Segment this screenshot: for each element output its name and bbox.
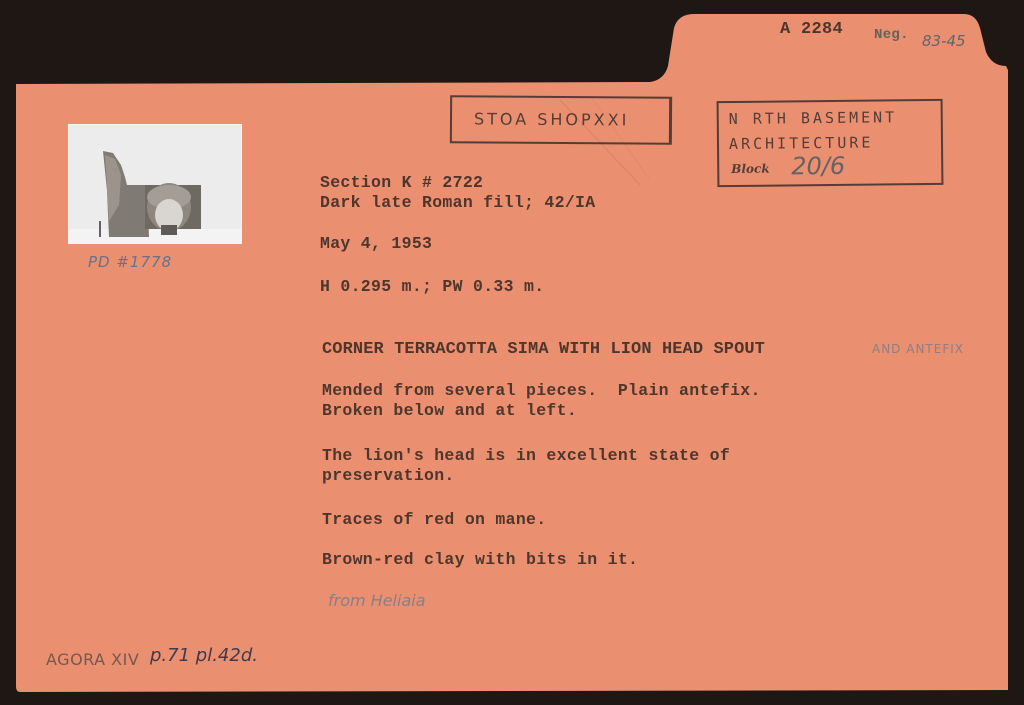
block-label: Block [731,162,769,176]
condition-line-2: preservation. [322,466,455,486]
location-stamp: STOA SHOPXXI [450,95,672,145]
location-stamp-text: STOA SHOPXXI [474,109,629,129]
sima-photo-icon [69,125,241,243]
clay-note: Brown-red clay with bits in it. [322,550,638,570]
negative-label: Neg. [874,25,909,45]
storage-stamp-line1: N RTH BASEMENT [729,108,898,128]
catalog-card: A 2284 Neg. 83-45 STOA SHOPXXI N RTH BAS… [0,0,1024,705]
negative-number: 83-45 [922,32,966,50]
description-line-1: Mended from several pieces. Plain antefi… [322,381,761,401]
storage-stamp-line2: ARCHITECTURE [729,134,874,154]
excavation-date: May 4, 1953 [320,234,432,254]
block-value: 20/6 [791,152,845,181]
publication-stamp: AGORA XIV [46,650,139,669]
publication-reference: p.71 pl.42d. [150,645,258,666]
title-handwritten-addition: AND ANTEFIX [872,342,964,356]
traces-note: Traces of red on mane. [322,510,546,530]
object-title: CORNER TERRACOTTA SIMA WITH LION HEAD SP… [322,340,765,360]
object-photo [68,124,242,244]
description-line-2: Broken below and at left. [322,401,577,421]
context-line: Dark late Roman fill; 42/IA [320,193,595,213]
handwritten-provenance: from Heliaia [328,591,426,610]
dimensions: H 0.295 m.; PW 0.33 m. [320,277,544,297]
accession-number: A 2284 [780,20,843,40]
condition-line-1: The lion's head is in excellent state of [322,446,730,466]
storage-stamp: N RTH BASEMENT ARCHITECTURE Block 20/6 [717,99,944,187]
section-line: Section K # 2722 [320,173,483,193]
photo-caption: PD #1778 [88,253,172,271]
